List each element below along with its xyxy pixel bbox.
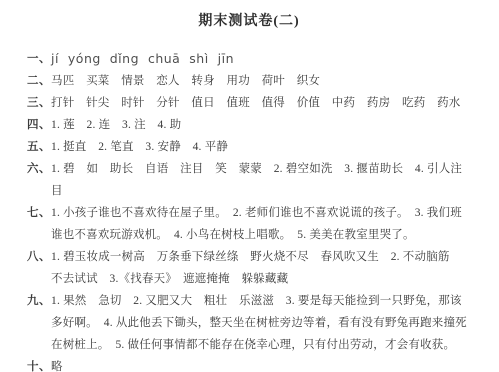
section-label-9: 九、 xyxy=(27,290,51,312)
answer-row-9: 九、 1. 果然 急切 2. 又肥又大 粗壮 乐滋滋 3. 要是每天能捡到一只野… xyxy=(27,290,471,356)
answer-row-2: 二、 马匹 买菜 情景 恋人 转身 用功 荷叶 织女 xyxy=(27,70,471,92)
answer-row-8: 八、 1. 碧玉妆成一树高 万条垂下绿丝绦 野火烧不尽 春风吹又生 2. 不动脑… xyxy=(27,246,471,290)
answer-text-9: 1. 果然 急切 2. 又肥又大 粗壮 乐滋滋 3. 要是每天能捡到一只野兔，那… xyxy=(51,290,471,356)
answer-row-1: 一、 jí yóng dǐng chuā shì jīn xyxy=(27,48,471,70)
answer-text-8: 1. 碧玉妆成一树高 万条垂下绿丝绦 野火烧不尽 春风吹又生 2. 不动脑筋 不… xyxy=(51,246,471,290)
answer-text-3: 打针 针尖 时针 分针 值日 值班 值得 价值 中药 药房 吃药 药水 xyxy=(51,92,471,114)
section-label-2: 二、 xyxy=(27,70,51,92)
section-label-6: 六、 xyxy=(27,158,51,180)
answer-text-10: 略 xyxy=(51,356,471,372)
doc-title: 期末测试卷(二) xyxy=(27,12,471,32)
section-label-4: 四、 xyxy=(27,114,51,136)
answer-row-5: 五、 1. 挺直 2. 笔直 3. 安静 4. 平静 xyxy=(27,136,471,158)
answer-row-6: 六、 1. 碧 如 助长 自语 注目 笑 蒙蒙 2. 碧空如洗 3. 揠苗助长 … xyxy=(27,158,471,202)
answer-sheet: 期末测试卷(二) 一、 jí yóng dǐng chuā shì jīn 二、… xyxy=(0,0,499,372)
answer-text-pinyin: jí yóng dǐng chuā shì jīn xyxy=(51,48,471,70)
section-label-10: 十、 xyxy=(27,356,51,372)
section-label-5: 五、 xyxy=(27,136,51,158)
answer-text-2: 马匹 买菜 情景 恋人 转身 用功 荷叶 织女 xyxy=(51,70,471,92)
answer-row-10: 十、 略 xyxy=(27,356,471,372)
section-label-3: 三、 xyxy=(27,92,51,114)
answer-row-7: 七、 1. 小孩子谁也不喜欢待在屋子里。 2. 老师们谁也不喜欢说谎的孩子。 3… xyxy=(27,202,471,246)
answer-text-7: 1. 小孩子谁也不喜欢待在屋子里。 2. 老师们谁也不喜欢说谎的孩子。 3. 我… xyxy=(51,202,471,246)
section-label-8: 八、 xyxy=(27,246,51,268)
answer-row-3: 三、 打针 针尖 时针 分针 值日 值班 值得 价值 中药 药房 吃药 药水 xyxy=(27,92,471,114)
answer-text-6: 1. 碧 如 助长 自语 注目 笑 蒙蒙 2. 碧空如洗 3. 揠苗助长 4. … xyxy=(51,158,471,202)
section-label-7: 七、 xyxy=(27,202,51,224)
answer-text-5: 1. 挺直 2. 笔直 3. 安静 4. 平静 xyxy=(51,136,471,158)
answer-row-4: 四、 1. 莲 2. 连 3. 注 4. 助 xyxy=(27,114,471,136)
answer-text-4: 1. 莲 2. 连 3. 注 4. 助 xyxy=(51,114,471,136)
section-label-1: 一、 xyxy=(27,48,51,70)
